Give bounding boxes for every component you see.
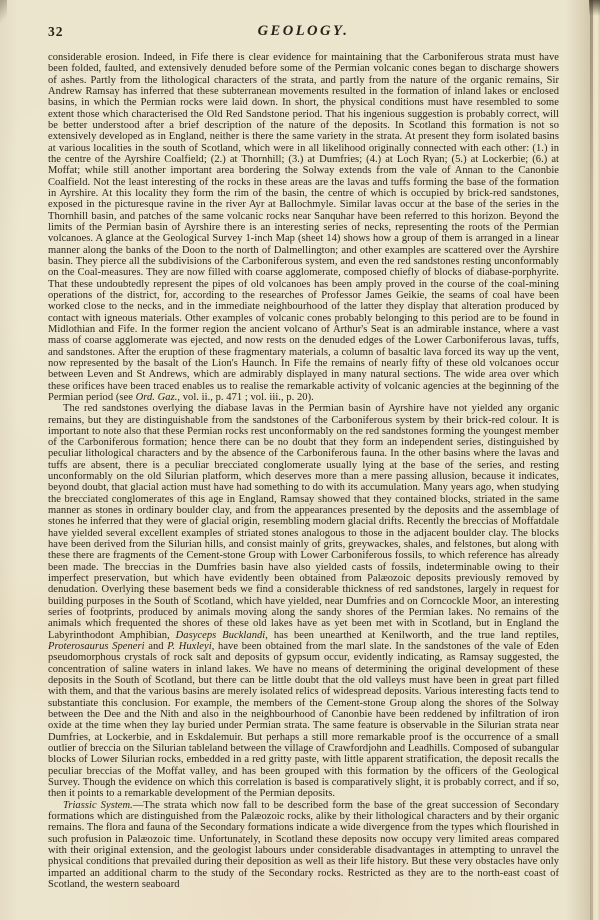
text-run: and (145, 641, 168, 652)
paragraph: The red sandstones overlying the diabase… (48, 403, 559, 799)
italic-text-run: Ord. Gaz., (136, 392, 180, 403)
paragraph: considerable erosion. Indeed, in Fife th… (48, 52, 559, 403)
italic-text-run: Dasyceps Bucklandi (176, 630, 266, 641)
paragraph: Triassic System.—The strata which now fa… (48, 800, 559, 891)
body-text: considerable erosion. Indeed, in Fife th… (48, 52, 559, 890)
book-page-scan: 32 GEOLOGY. considerable erosion. Indeed… (0, 0, 600, 920)
text-run: The red sandstones overlying the diabase… (48, 403, 559, 641)
page-edge-shadow (565, 0, 591, 920)
page-number: 32 (48, 24, 64, 40)
page-header: 32 GEOLOGY. (48, 23, 559, 43)
text-run: considerable erosion. Indeed, in Fife th… (48, 52, 559, 403)
text-run: , has been unearthed at Kenilworth, and … (265, 630, 559, 641)
text-run: , have been obtained from the marl slate… (48, 641, 559, 799)
italic-text-run: P. Huxleyi (167, 641, 211, 652)
italic-text-run: Proterosaurus Speneri (48, 641, 145, 652)
text-run: vol. ii., p. 471 ; vol. iii., p. 20). (180, 392, 314, 403)
scan-corner-smudge (0, 0, 7, 28)
italic-text-run: Triassic System. (63, 800, 133, 811)
text-run: —The strata which now fall to be describ… (48, 800, 559, 890)
scan-corner-artifact (589, 0, 600, 16)
page-edge-margin (593, 0, 600, 920)
running-title: GEOLOGY. (48, 23, 559, 40)
